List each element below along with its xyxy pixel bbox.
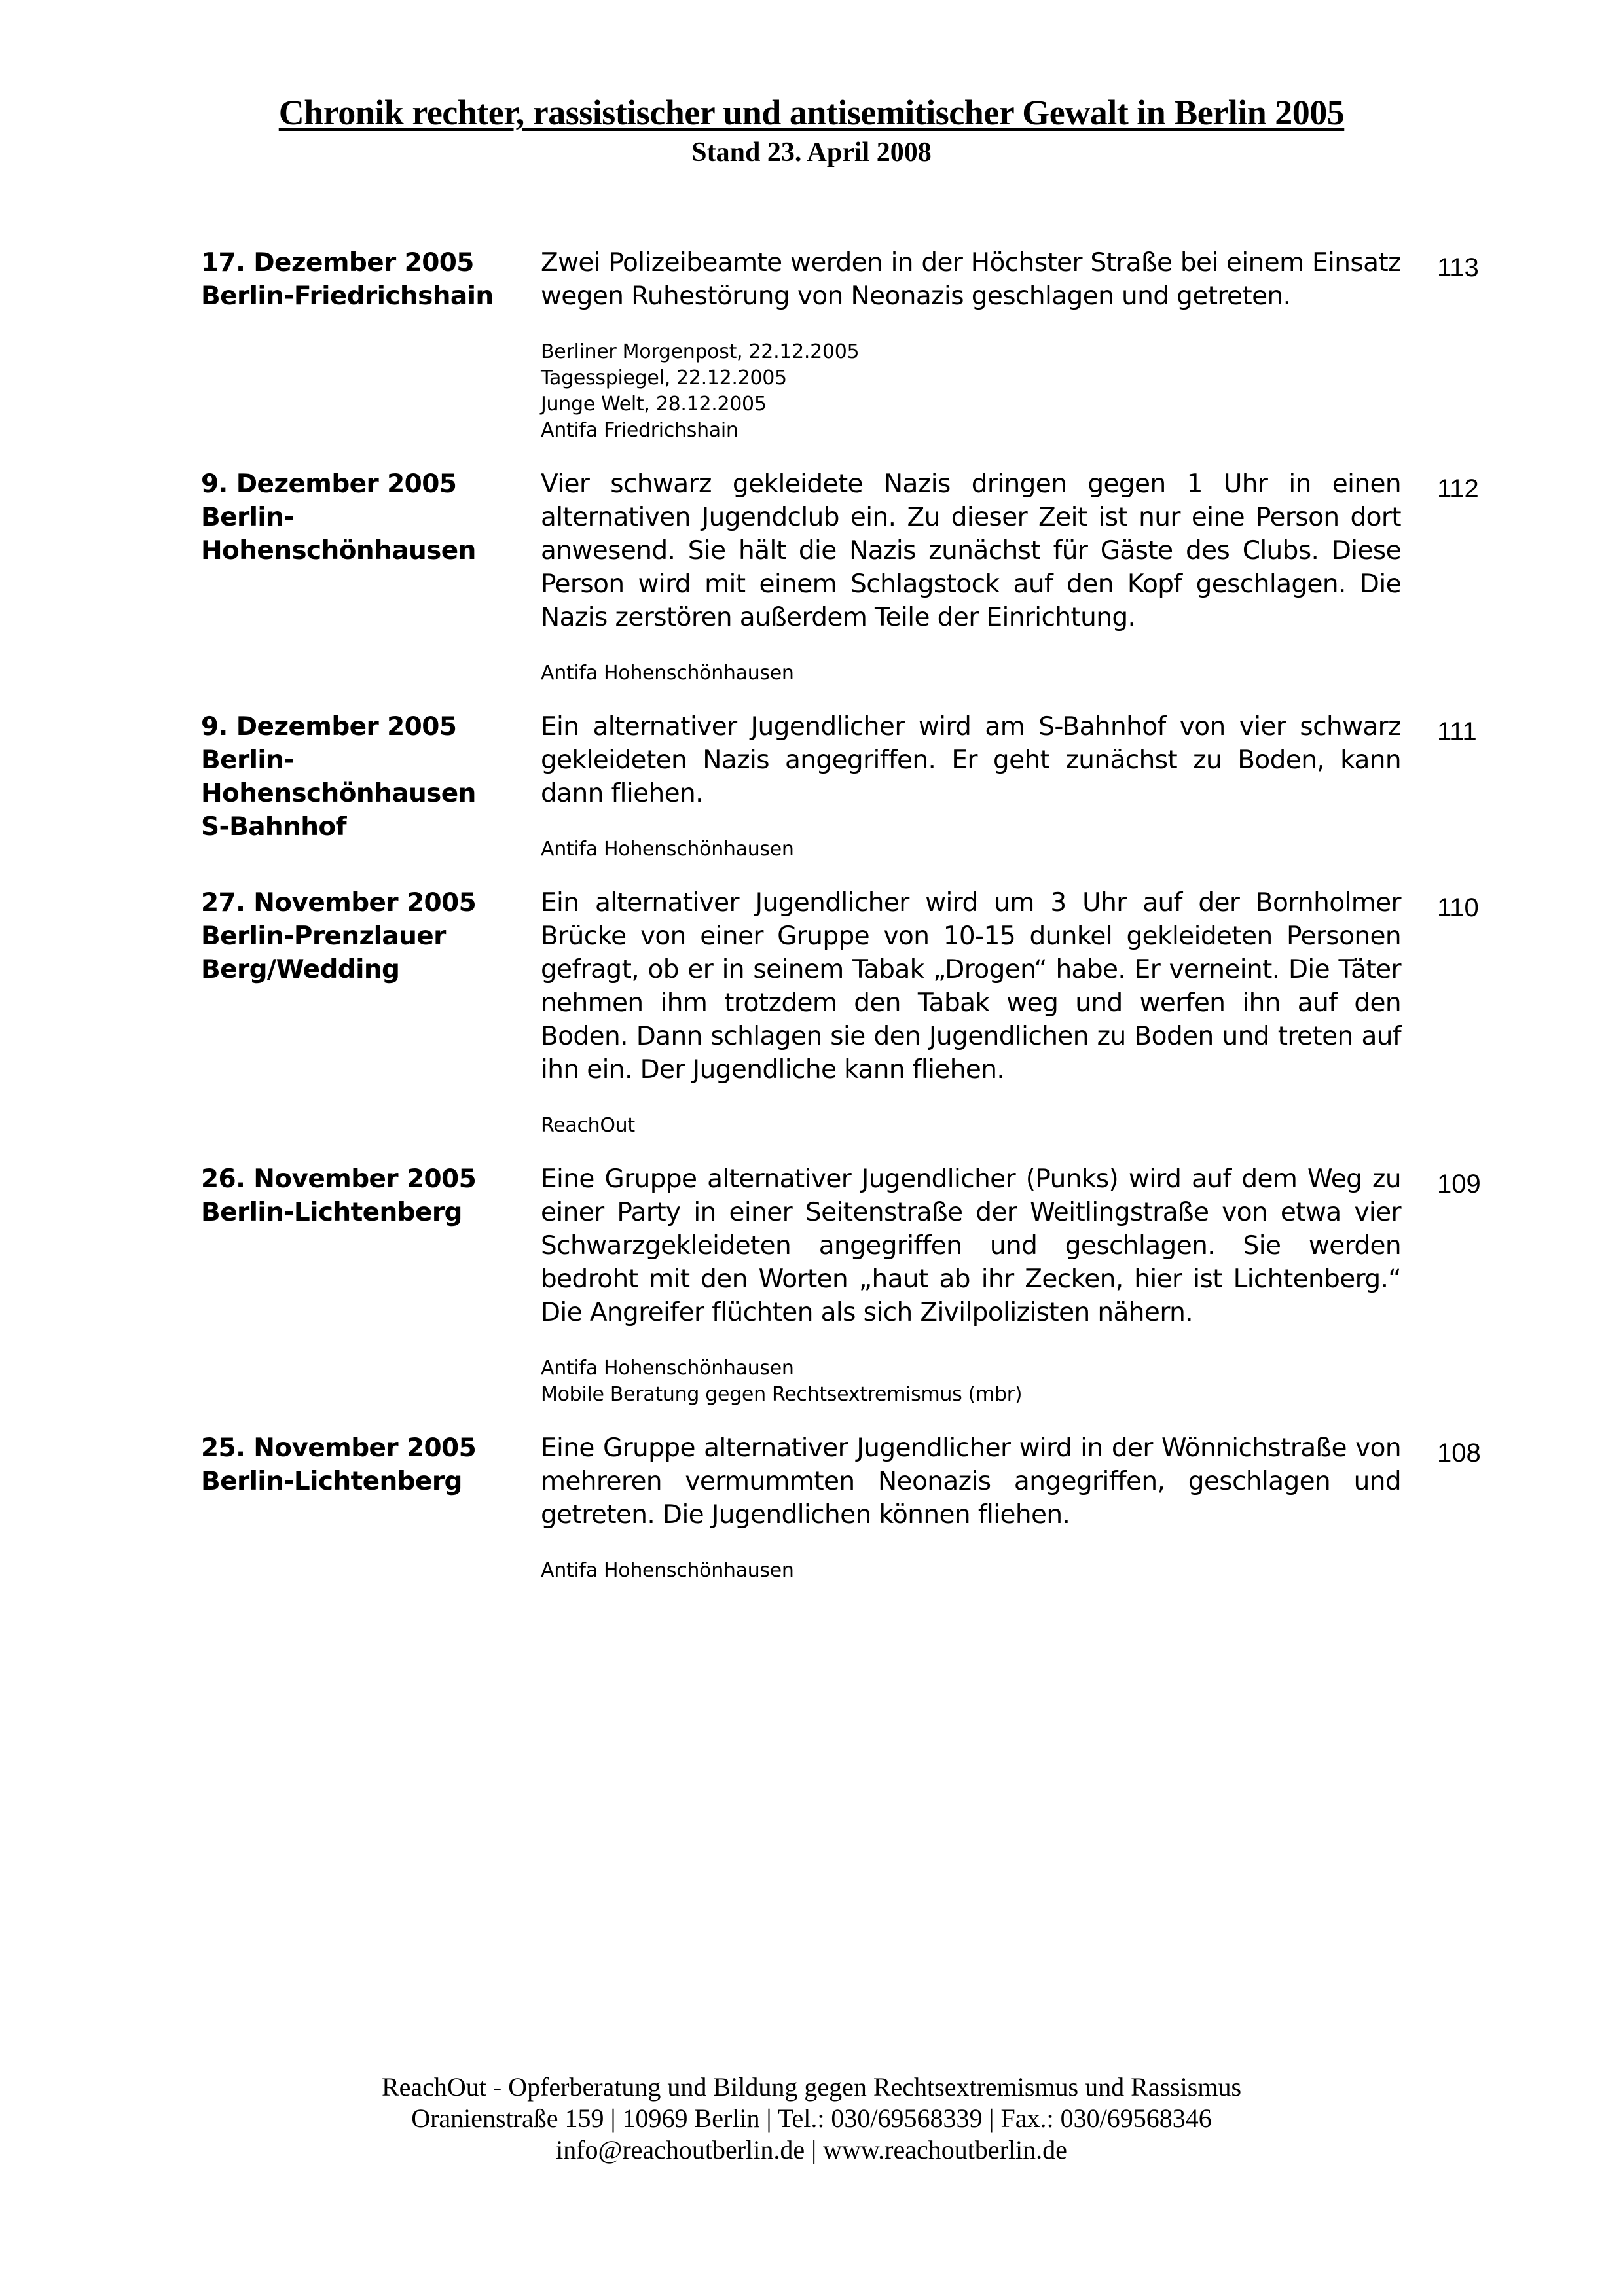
entry-date: 9. Dezember 2005 bbox=[201, 467, 541, 501]
entry-date: 17. Dezember 2005 bbox=[201, 246, 541, 279]
entry-sources: Antifa Hohenschönhausen bbox=[541, 660, 1401, 687]
entry-source: Antifa Hohenschönhausen bbox=[541, 1558, 1401, 1584]
chronicle-entry: 9. Dezember 2005 Berlin- Hohenschönhause… bbox=[201, 710, 1510, 863]
chronicle-entry: 17. Dezember 2005 Berlin-Friedrichshain … bbox=[201, 246, 1510, 444]
entry-source: Antifa Hohenschönhausen bbox=[541, 836, 1401, 863]
entry-body: Ein alternativer Jugendlicher wird am S-… bbox=[541, 710, 1401, 863]
document-subtitle: Stand 23. April 2008 bbox=[0, 135, 1623, 170]
entry-number: 108 bbox=[1437, 1437, 1481, 1470]
entry-sources: Antifa Hohenschönhausen bbox=[541, 836, 1401, 863]
document-footer: ReachOut - Opferberatung und Bildung geg… bbox=[0, 2072, 1623, 2166]
entry-source: Antifa Friedrichshain bbox=[541, 418, 1401, 444]
footer-address: Oranienstraße 159 | 10969 Berlin | Tel.:… bbox=[0, 2103, 1623, 2134]
entry-location: Berlin-Prenzlauer bbox=[201, 920, 541, 953]
entry-source: Mobile Beratung gegen Rechtsextremismus … bbox=[541, 1382, 1401, 1408]
entry-sources: Antifa Hohenschönhausen Mobile Beratung … bbox=[541, 1355, 1401, 1408]
entry-description: Eine Gruppe alternativer Jugendlicher wi… bbox=[541, 1431, 1401, 1532]
entry-meta: 27. November 2005 Berlin-Prenzlauer Berg… bbox=[201, 886, 541, 1139]
document-header: Chronik rechter, rassistischer und antis… bbox=[0, 92, 1623, 170]
entry-number: 112 bbox=[1437, 473, 1479, 506]
entry-date: 25. November 2005 bbox=[201, 1431, 541, 1465]
entry-meta: 17. Dezember 2005 Berlin-Friedrichshain bbox=[201, 246, 541, 444]
entry-date: 26. November 2005 bbox=[201, 1162, 541, 1196]
chronicle-entry: 9. Dezember 2005 Berlin- Hohenschönhause… bbox=[201, 467, 1510, 687]
entry-number: 111 bbox=[1437, 715, 1477, 749]
entry-location: S-Bahnhof bbox=[201, 810, 541, 844]
chronicle-entry: 26. November 2005 Berlin-Lichtenberg Ein… bbox=[201, 1162, 1510, 1408]
entry-sources: Berliner Morgenpost, 22.12.2005 Tagesspi… bbox=[541, 339, 1401, 444]
entry-body: Vier schwarz gekleidete Nazis dringen ge… bbox=[541, 467, 1401, 687]
entry-source: Tagesspiegel, 22.12.2005 bbox=[541, 365, 1401, 391]
entry-location: Hohenschönhausen bbox=[201, 777, 541, 810]
entry-source: ReachOut bbox=[541, 1113, 1401, 1139]
document-title: Chronik rechter, rassistischer und antis… bbox=[0, 92, 1623, 134]
entry-meta: 9. Dezember 2005 Berlin- Hohenschönhause… bbox=[201, 710, 541, 863]
footer-contact: info@reachoutberlin.de | www.reachoutber… bbox=[0, 2134, 1623, 2166]
entry-sources: Antifa Hohenschönhausen bbox=[541, 1558, 1401, 1584]
footer-organization: ReachOut - Opferberatung und Bildung geg… bbox=[0, 2072, 1623, 2103]
entry-date: 9. Dezember 2005 bbox=[201, 710, 541, 744]
entry-description: Ein alternativer Jugendlicher wird um 3 … bbox=[541, 886, 1401, 1086]
entry-location: Berlin-Friedrichshain bbox=[201, 279, 541, 313]
entry-number: 109 bbox=[1437, 1168, 1481, 1201]
entry-meta: 25. November 2005 Berlin-Lichtenberg bbox=[201, 1431, 541, 1584]
entry-description: Vier schwarz gekleidete Nazis dringen ge… bbox=[541, 467, 1401, 634]
entry-meta: 26. November 2005 Berlin-Lichtenberg bbox=[201, 1162, 541, 1408]
entry-number: 110 bbox=[1437, 891, 1479, 925]
entry-location: Berlin-Lichtenberg bbox=[201, 1465, 541, 1498]
entry-description: Zwei Polizeibeamte werden in der Höchste… bbox=[541, 246, 1401, 313]
entry-body: Eine Gruppe alternativer Jugendlicher (P… bbox=[541, 1162, 1401, 1408]
chronicle-entries: 17. Dezember 2005 Berlin-Friedrichshain … bbox=[201, 246, 1510, 1584]
entry-number: 113 bbox=[1437, 251, 1479, 285]
entry-date: 27. November 2005 bbox=[201, 886, 541, 920]
entry-body: Eine Gruppe alternativer Jugendlicher wi… bbox=[541, 1431, 1401, 1584]
entry-description: Ein alternativer Jugendlicher wird am S-… bbox=[541, 710, 1401, 810]
chronicle-entry: 25. November 2005 Berlin-Lichtenberg Ein… bbox=[201, 1431, 1510, 1584]
entry-source: Antifa Hohenschönhausen bbox=[541, 660, 1401, 687]
entry-location: Berg/Wedding bbox=[201, 953, 541, 986]
entry-location: Hohenschönhausen bbox=[201, 534, 541, 567]
entry-sources: ReachOut bbox=[541, 1113, 1401, 1139]
entry-source: Junge Welt, 28.12.2005 bbox=[541, 391, 1401, 418]
chronicle-entry: 27. November 2005 Berlin-Prenzlauer Berg… bbox=[201, 886, 1510, 1139]
entry-location: Berlin-Lichtenberg bbox=[201, 1196, 541, 1229]
entry-description: Eine Gruppe alternativer Jugendlicher (P… bbox=[541, 1162, 1401, 1329]
entry-location: Berlin- bbox=[201, 501, 541, 534]
entry-source: Berliner Morgenpost, 22.12.2005 bbox=[541, 339, 1401, 365]
entry-meta: 9. Dezember 2005 Berlin- Hohenschönhause… bbox=[201, 467, 541, 687]
entry-location: Berlin- bbox=[201, 744, 541, 777]
entry-body: Ein alternativer Jugendlicher wird um 3 … bbox=[541, 886, 1401, 1139]
entry-body: Zwei Polizeibeamte werden in der Höchste… bbox=[541, 246, 1401, 444]
entry-source: Antifa Hohenschönhausen bbox=[541, 1355, 1401, 1382]
